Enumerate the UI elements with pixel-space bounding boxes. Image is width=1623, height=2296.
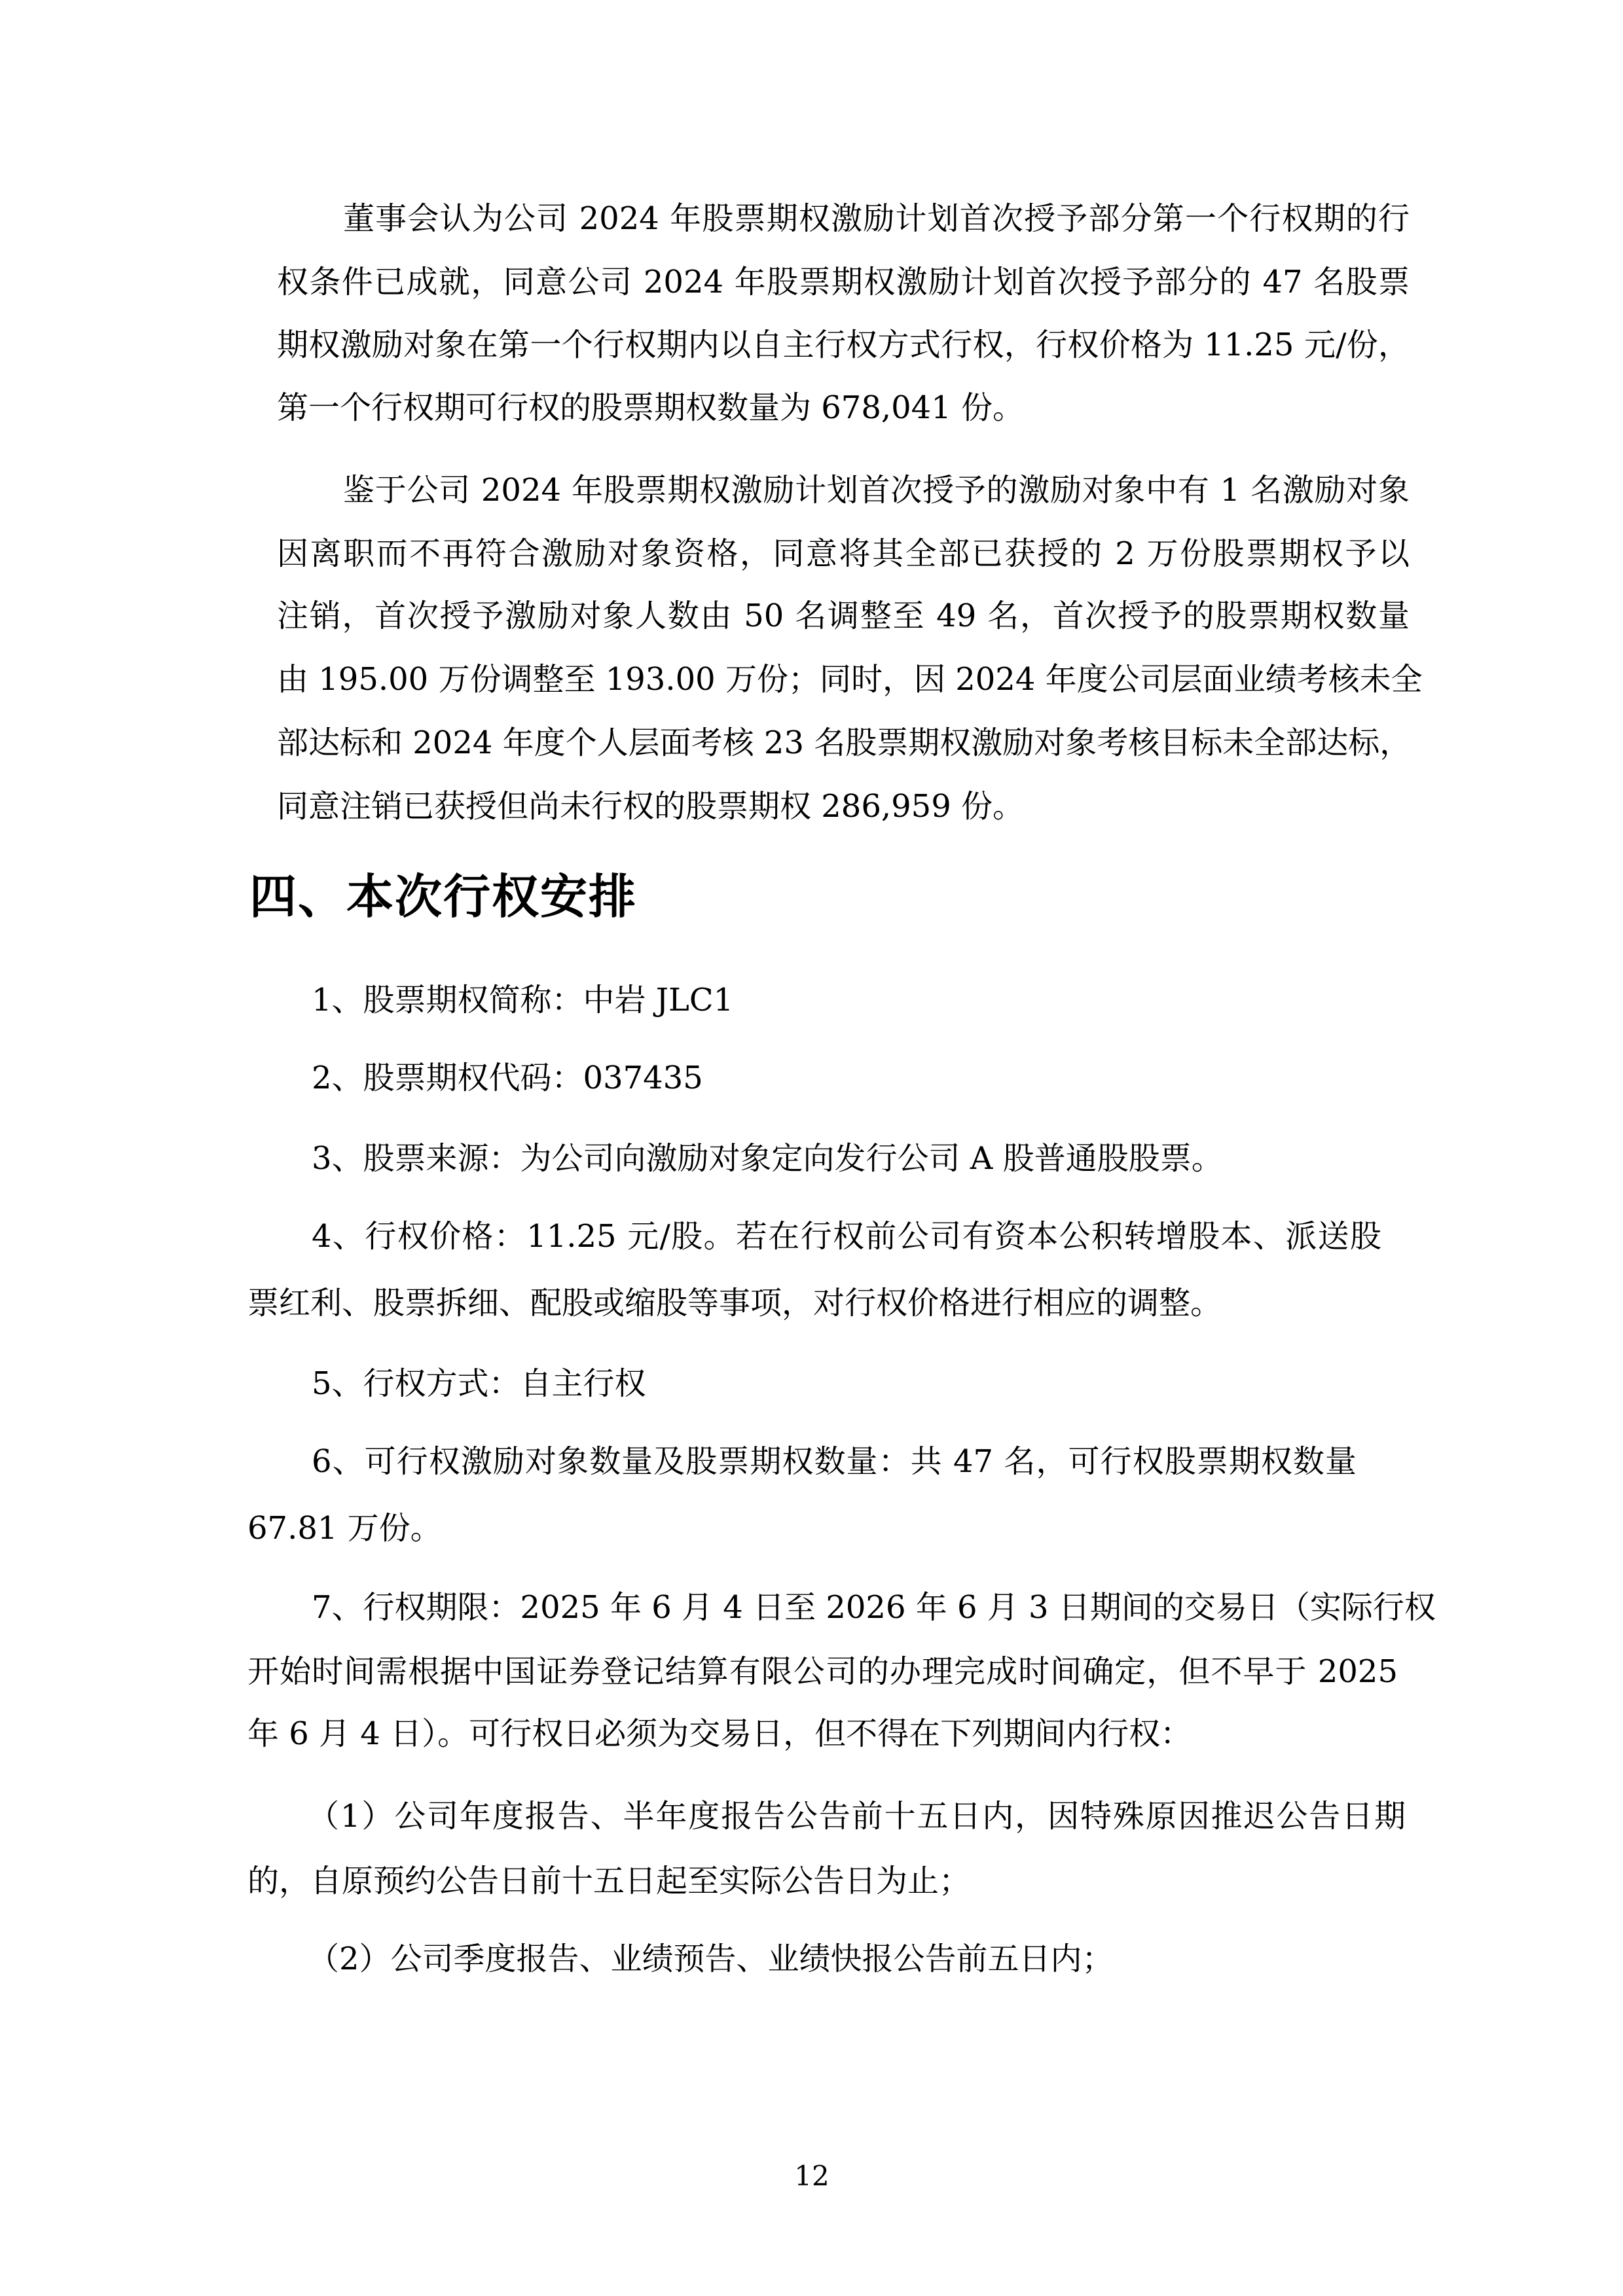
text-line: 同意注销已获授但尚未行权的股票期权 286,959 份。: [277, 788, 1024, 825]
text-line: 第一个行权期可行权的股票期权数量为 678,041 份。: [277, 389, 1024, 426]
text-line: 董事会认为公司 2024 年股票期权激励计划首次授予部分第一个行权期的行: [343, 200, 1410, 237]
text-line: 的，自原预约公告日前十五日起至实际公告日为止；: [247, 1863, 970, 1899]
text-line: 注销，首次授予激励对象人数由 50 名调整至 49 名，首次授予的股票期权数量: [277, 598, 1410, 634]
text-line: 权条件已成就，同意公司 2024 年股票期权激励计划首次授予部分的 47 名股票: [277, 264, 1410, 300]
text-line: 开始时间需根据中国证券登记结算有限公司的办理完成时间确定，但不早于 2025: [247, 1653, 1398, 1690]
text-line: 7、行权期限：2025 年 6 月 4 日至 2026 年 6 月 3 日期间的…: [312, 1589, 1398, 1626]
document-page: 董事会认为公司 2024 年股票期权激励计划首次授予部分第一个行权期的行 权条件…: [0, 0, 1623, 2296]
sub-item-quarterly-report-blackout: （2）公司季度报告、业绩预告、业绩快报公告前五日内；: [308, 1941, 1114, 1977]
list-item-stock-source: 3、股票来源：为公司向激励对象定向发行公司 A 股普通股股票。: [312, 1140, 1223, 1177]
text-line: 67.81 万份。: [247, 1510, 442, 1547]
list-item-option-code: 2、股票期权代码：037435: [312, 1060, 703, 1096]
text-line: 鉴于公司 2024 年股票期权激励计划首次授予的激励对象中有 1 名激励对象: [343, 472, 1410, 509]
text-line: 因离职而不再符合激励对象资格，同意将其全部已获授的 2 万份股票期权予以: [277, 535, 1410, 572]
text-line: 4、行权价格：11.25 元/股。若在行权前公司有资本公积转增股本、派送股: [312, 1218, 1381, 1255]
text-line: 期权激励对象在第一个行权期内以自主行权方式行权，行权价格为 11.25 元/份，: [277, 327, 1410, 363]
text-line: 6、可行权激励对象数量及股票期权数量：共 47 名，可行权股票期权数量: [312, 1443, 1357, 1480]
section-heading: 四、本次行权安排: [249, 869, 637, 924]
list-item-exercise-method: 5、行权方式：自主行权: [312, 1365, 646, 1402]
text-line: 票红利、股票拆细、配股或缩股等事项，对行权价格进行相应的调整。: [247, 1285, 1222, 1321]
text-line: （1）公司年度报告、半年度报告公告前十五日内，因特殊原因推迟公告日期: [308, 1798, 1406, 1835]
text-line: 部达标和 2024 年度个人层面考核 23 名股票期权激励对象考核目标未全部达标…: [277, 725, 1390, 761]
text-line: 由 195.00 万份调整至 193.00 万份；同时，因 2024 年度公司层…: [277, 661, 1410, 698]
page-number: 12: [779, 2161, 845, 2192]
text-line: 年 6 月 4 日）。可行权日必须为交易日，但不得在下列期间内行权：: [247, 1715, 1192, 1752]
list-item-option-name: 1、股票期权简称：中岩 JLC1: [312, 982, 733, 1018]
